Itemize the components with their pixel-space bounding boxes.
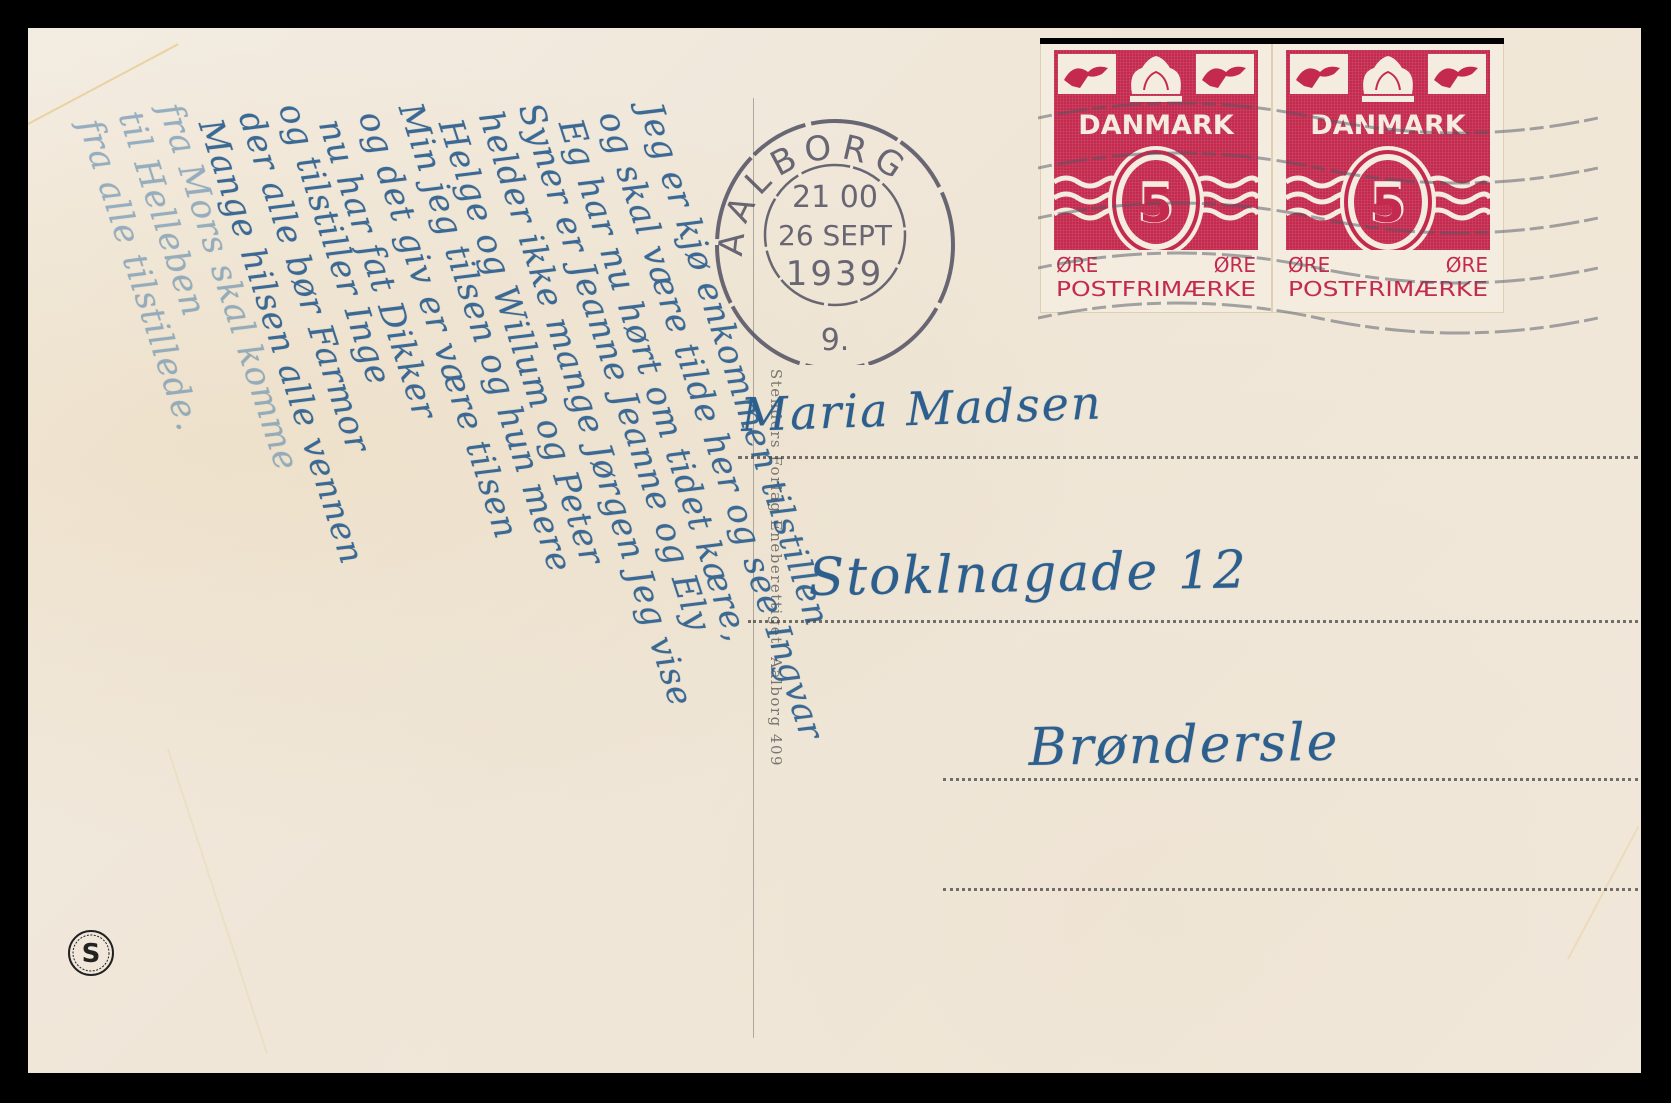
svg-text:21 00: 21 00 bbox=[792, 180, 878, 215]
postmark-aalborg: AALBORG 21 00 26 SEPT 1939 9. bbox=[700, 95, 970, 365]
postmark-icon: AALBORG 21 00 26 SEPT 1939 9. bbox=[700, 95, 970, 365]
svg-text:DANMARK: DANMARK bbox=[1310, 110, 1466, 141]
address-line-2 bbox=[748, 620, 1638, 623]
address-street: Stoklnagade 12 bbox=[808, 540, 1248, 608]
danish-wavy-line-stamp-icon: DANMARK 5 5 ØRE ØRE POSTFRIMÆRKE bbox=[1054, 50, 1258, 301]
address-line-4 bbox=[943, 888, 1638, 891]
svg-text:9.: 9. bbox=[821, 323, 850, 358]
crease-mark bbox=[1567, 826, 1639, 959]
postcard: Stenders Forlag Eneberettiget. Aalborg 4… bbox=[28, 28, 1641, 1073]
svg-text:ØRE: ØRE bbox=[1288, 253, 1330, 277]
svg-text:POSTFRIMÆRKE: POSTFRIMÆRKE bbox=[1288, 277, 1488, 301]
address-city: Brøndersle bbox=[1028, 713, 1340, 778]
postage-stamp: DANMARK 5 5 ØRE ØRE POSTFRIMÆRKE bbox=[1272, 38, 1504, 313]
svg-text:ØRE: ØRE bbox=[1214, 253, 1256, 277]
stamp-row: DANMARK 5 5 ØRE ØRE POSTFRIMÆRKE bbox=[1040, 38, 1504, 313]
svg-text:POSTFRIMÆRKE: POSTFRIMÆRKE bbox=[1056, 277, 1256, 301]
address-line-1 bbox=[738, 456, 1638, 459]
svg-text:1939: 1939 bbox=[786, 254, 885, 294]
crease-mark bbox=[167, 749, 268, 1054]
svg-text:5: 5 bbox=[1371, 178, 1404, 234]
danish-wavy-line-stamp-icon: DANMARK 5 5 ØRE ØRE POSTFRIMÆRKE bbox=[1286, 50, 1490, 301]
svg-text:5: 5 bbox=[1139, 178, 1172, 234]
address-name: Maria Madsen bbox=[740, 375, 1103, 442]
postage-stamp: DANMARK 5 5 ØRE ØRE POSTFRIMÆRKE bbox=[1040, 38, 1272, 313]
publisher-s-logo-icon: S bbox=[66, 928, 116, 978]
svg-text:DANMARK: DANMARK bbox=[1078, 110, 1234, 141]
publisher-logo: S bbox=[66, 928, 116, 978]
svg-text:26 SEPT: 26 SEPT bbox=[778, 219, 893, 252]
svg-text:ØRE: ØRE bbox=[1056, 253, 1098, 277]
svg-text:ØRE: ØRE bbox=[1446, 253, 1488, 277]
svg-text:S: S bbox=[82, 939, 101, 969]
address-line-3 bbox=[943, 778, 1638, 781]
